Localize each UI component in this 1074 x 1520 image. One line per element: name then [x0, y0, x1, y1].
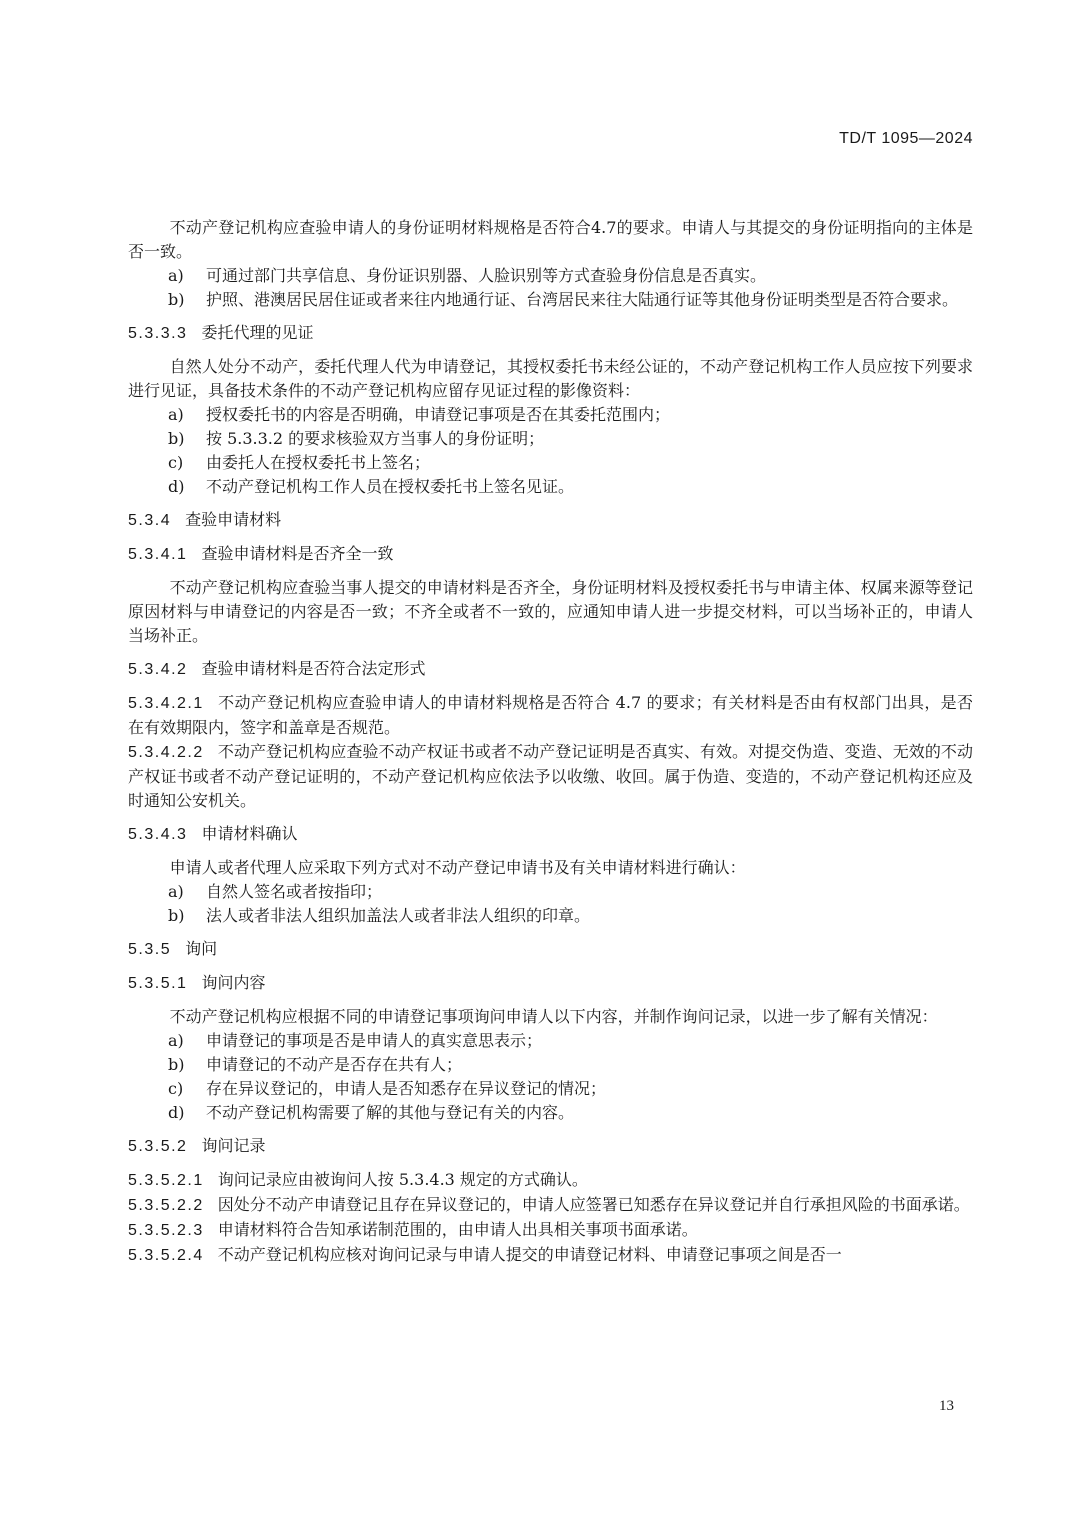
- list-marker: b): [168, 1053, 184, 1077]
- section-title: 询问: [185, 939, 217, 958]
- clause-number: 5.3.5.2.3: [128, 1222, 204, 1239]
- list-item: a)可通过部门共享信息、身份证识别器、人脸识别等方式查验身份信息是否真实。: [128, 264, 973, 288]
- clause: 5.3.4.2.2不动产登记机构应查验不动产权证书或者不动产登记证明是否真实、有…: [128, 740, 973, 813]
- clause-text: 申请材料符合告知承诺制范围的，由申请人出具相关事项书面承诺。: [218, 1220, 698, 1239]
- section-number: 5.3.5: [128, 941, 171, 958]
- list-item-text: 申请登记的事项是否是申请人的真实意思表示；: [206, 1031, 542, 1050]
- section-number: 5.3.5.1: [128, 975, 187, 992]
- list-item-text: 护照、港澳居民居住证或者来往内地通行证、台湾居民来往大陆通行证等其他身份证明类型…: [206, 290, 958, 309]
- standard-code: TD/T 1095—2024: [839, 130, 973, 148]
- paragraph: 不动产登记机构应查验当事人提交的申请材料是否齐全，身份证明材料及授权委托书与申请…: [128, 576, 973, 648]
- section-title: 委托代理的见证: [201, 323, 313, 342]
- list-marker: b): [168, 427, 184, 451]
- list-item-text: 自然人签名或者按指印；: [206, 882, 382, 901]
- clause-number: 5.3.5.2.2: [128, 1197, 204, 1214]
- list-item: b)护照、港澳居民居住证或者来往内地通行证、台湾居民来往大陆通行证等其他身份证明…: [128, 288, 973, 312]
- list-item-text: 法人或者非法人组织加盖法人或者非法人组织的印章。: [206, 906, 590, 925]
- section-title: 申请材料确认: [201, 824, 297, 843]
- list-item-text: 授权委托书的内容是否明确，申请登记事项是否在其委托范围内；: [206, 405, 670, 424]
- section-number: 5.3.3.3: [128, 325, 187, 342]
- list-item: d)不动产登记机构工作人员在授权委托书上签名见证。: [128, 475, 973, 499]
- section-heading: 5.3.4.2查验申请材料是否符合法定形式: [128, 657, 973, 682]
- list-item-text: 存在异议登记的，申请人是否知悉存在异议登记的情况；: [206, 1079, 606, 1098]
- clause-number: 5.3.4.2.2: [128, 744, 204, 761]
- clause-text: 不动产登记机构应查验申请人的申请材料规格是否符合 4.7 的要求；有关材料是否由…: [128, 693, 973, 737]
- list-marker: d): [168, 475, 184, 499]
- paragraph: 不动产登记机构应根据不同的申请登记事项询问申请人以下内容，并制作询问记录，以进一…: [128, 1005, 973, 1029]
- paragraph: 不动产登记机构应查验申请人的身份证明材料规格是否符合4.7的要求。申请人与其提交…: [128, 216, 973, 264]
- list-item: a)自然人签名或者按指印；: [128, 880, 973, 904]
- section-title: 询问记录: [201, 1136, 265, 1155]
- clause-text: 不动产登记机构应核对询问记录与申请人提交的申请登记材料、申请登记事项之间是否一: [218, 1245, 842, 1264]
- clause: 5.3.4.2.1不动产登记机构应查验申请人的申请材料规格是否符合 4.7 的要…: [128, 691, 973, 740]
- section-heading: 5.3.5询问: [128, 937, 973, 962]
- list-marker: b): [168, 904, 184, 928]
- section-number: 5.3.5.2: [128, 1138, 187, 1155]
- section-heading: 5.3.5.1询问内容: [128, 971, 973, 996]
- section-heading: 5.3.4查验申请材料: [128, 508, 973, 533]
- clause-number: 5.3.5.2.4: [128, 1247, 204, 1264]
- list-item: c)存在异议登记的，申请人是否知悉存在异议登记的情况；: [128, 1077, 973, 1101]
- clause-text: 因处分不动产申请登记且存在异议登记的，申请人应签署已知悉存在异议登记并自行承担风…: [218, 1195, 970, 1214]
- clause: 5.3.5.2.3申请材料符合告知承诺制范围的，由申请人出具相关事项书面承诺。: [128, 1218, 973, 1243]
- clause: 5.3.5.2.2因处分不动产申请登记且存在异议登记的，申请人应签署已知悉存在异…: [128, 1193, 973, 1218]
- section-number: 5.3.4.1: [128, 546, 187, 563]
- section-title: 查验申请材料是否齐全一致: [201, 544, 393, 563]
- list-item: a)授权委托书的内容是否明确，申请登记事项是否在其委托范围内；: [128, 403, 973, 427]
- list-item-text: 申请登记的不动产是否存在共有人；: [206, 1055, 462, 1074]
- list-item: c)由委托人在授权委托书上签名；: [128, 451, 973, 475]
- clause: 5.3.5.2.1询问记录应由被询问人按 5.3.4.3 规定的方式确认。: [128, 1168, 973, 1193]
- section-heading: 5.3.4.3申请材料确认: [128, 822, 973, 847]
- list-item: b)申请登记的不动产是否存在共有人；: [128, 1053, 973, 1077]
- page-number: 13: [939, 1398, 954, 1415]
- section-heading: 5.3.3.3委托代理的见证: [128, 321, 973, 346]
- list-marker: c): [168, 1077, 183, 1101]
- list-item: b)法人或者非法人组织加盖法人或者非法人组织的印章。: [128, 904, 973, 928]
- section-heading: 5.3.4.1查验申请材料是否齐全一致: [128, 542, 973, 567]
- list-marker: a): [168, 403, 184, 427]
- section-number: 5.3.4.3: [128, 826, 187, 843]
- clause-text: 不动产登记机构应查验不动产权证书或者不动产登记证明是否真实、有效。对提交伪造、变…: [128, 742, 973, 810]
- section-title: 查验申请材料是否符合法定形式: [201, 659, 425, 678]
- list-item: d)不动产登记机构需要了解的其他与登记有关的内容。: [128, 1101, 973, 1125]
- list-item-text: 由委托人在授权委托书上签名；: [206, 453, 430, 472]
- section-title: 查验申请材料: [185, 510, 281, 529]
- list-marker: d): [168, 1101, 184, 1125]
- section-number: 5.3.4.2: [128, 661, 187, 678]
- clause-number: 5.3.5.2.1: [128, 1172, 204, 1189]
- list-marker: b): [168, 288, 184, 312]
- list-marker: c): [168, 451, 183, 475]
- paragraph: 申请人或者代理人应采取下列方式对不动产登记申请书及有关申请材料进行确认：: [128, 856, 973, 880]
- list-item-text: 按 5.3.3.2 的要求核验双方当事人的身份证明；: [206, 429, 544, 448]
- list-marker: a): [168, 264, 184, 288]
- paragraph: 自然人处分不动产，委托代理人代为申请登记，其授权委托书未经公证的，不动产登记机构…: [128, 355, 973, 403]
- list-item-text: 不动产登记机构需要了解的其他与登记有关的内容。: [206, 1103, 574, 1122]
- list-item: a)申请登记的事项是否是申请人的真实意思表示；: [128, 1029, 973, 1053]
- list-item-text: 不动产登记机构工作人员在授权委托书上签名见证。: [206, 477, 574, 496]
- list-item-text: 可通过部门共享信息、身份证识别器、人脸识别等方式查验身份信息是否真实。: [206, 266, 766, 285]
- list-item: b)按 5.3.3.2 的要求核验双方当事人的身份证明；: [128, 427, 973, 451]
- list-marker: a): [168, 1029, 184, 1053]
- section-title: 询问内容: [201, 973, 265, 992]
- section-heading: 5.3.5.2询问记录: [128, 1134, 973, 1159]
- clause-text: 询问记录应由被询问人按 5.3.4.3 规定的方式确认。: [218, 1170, 588, 1189]
- clause-number: 5.3.4.2.1: [128, 695, 204, 712]
- clause: 5.3.5.2.4不动产登记机构应核对询问记录与申请人提交的申请登记材料、申请登…: [128, 1243, 973, 1268]
- list-marker: a): [168, 880, 184, 904]
- section-number: 5.3.4: [128, 512, 171, 529]
- document-body: 不动产登记机构应查验申请人的身份证明材料规格是否符合4.7的要求。申请人与其提交…: [128, 216, 973, 1268]
- document-page: TD/T 1095—2024 不动产登记机构应查验申请人的身份证明材料规格是否符…: [0, 0, 1074, 1520]
